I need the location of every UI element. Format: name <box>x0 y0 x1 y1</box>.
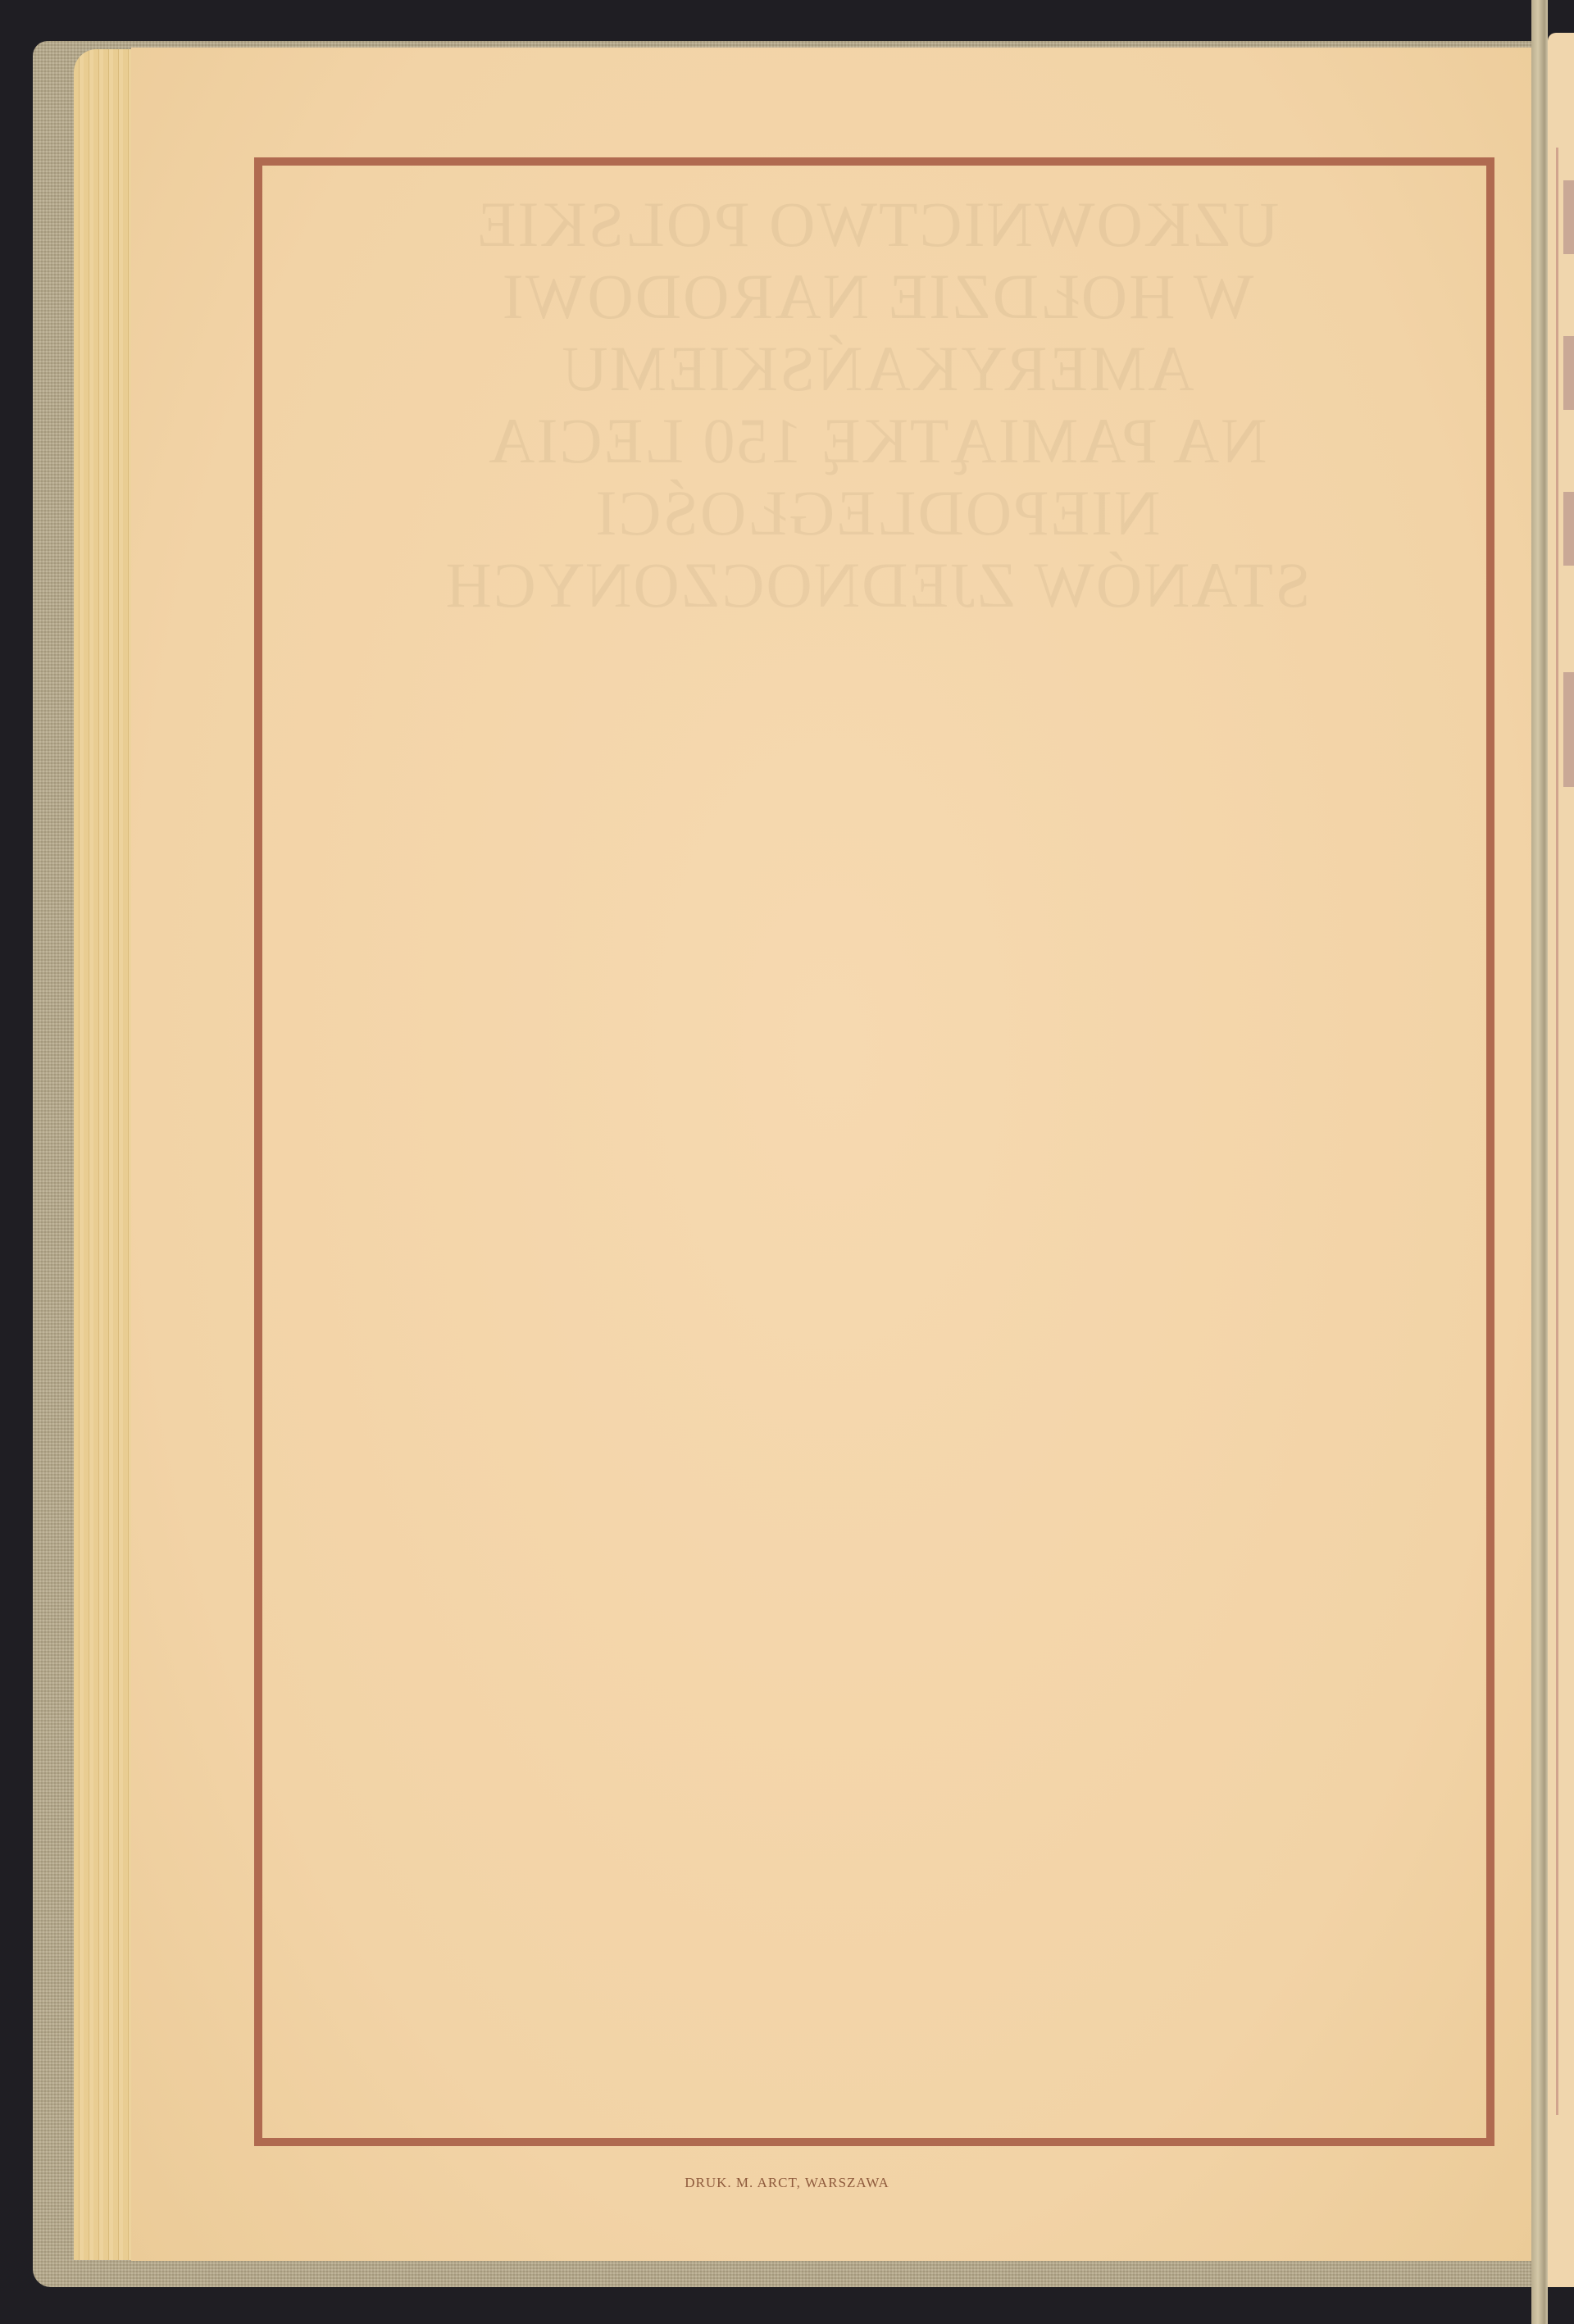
ornament-bar <box>1563 180 1574 254</box>
facing-page-ornament <box>1556 148 1574 2115</box>
book-gutter <box>1531 0 1548 2324</box>
decorative-border-frame <box>254 157 1494 2146</box>
ornament-bar <box>1563 672 1574 787</box>
printer-imprint: DRUK. M. ARCT, WARSZAWA <box>0 2175 1574 2191</box>
ornament-bar <box>1563 336 1574 410</box>
page-edges <box>74 49 139 2260</box>
ornament-bar <box>1563 492 1574 566</box>
